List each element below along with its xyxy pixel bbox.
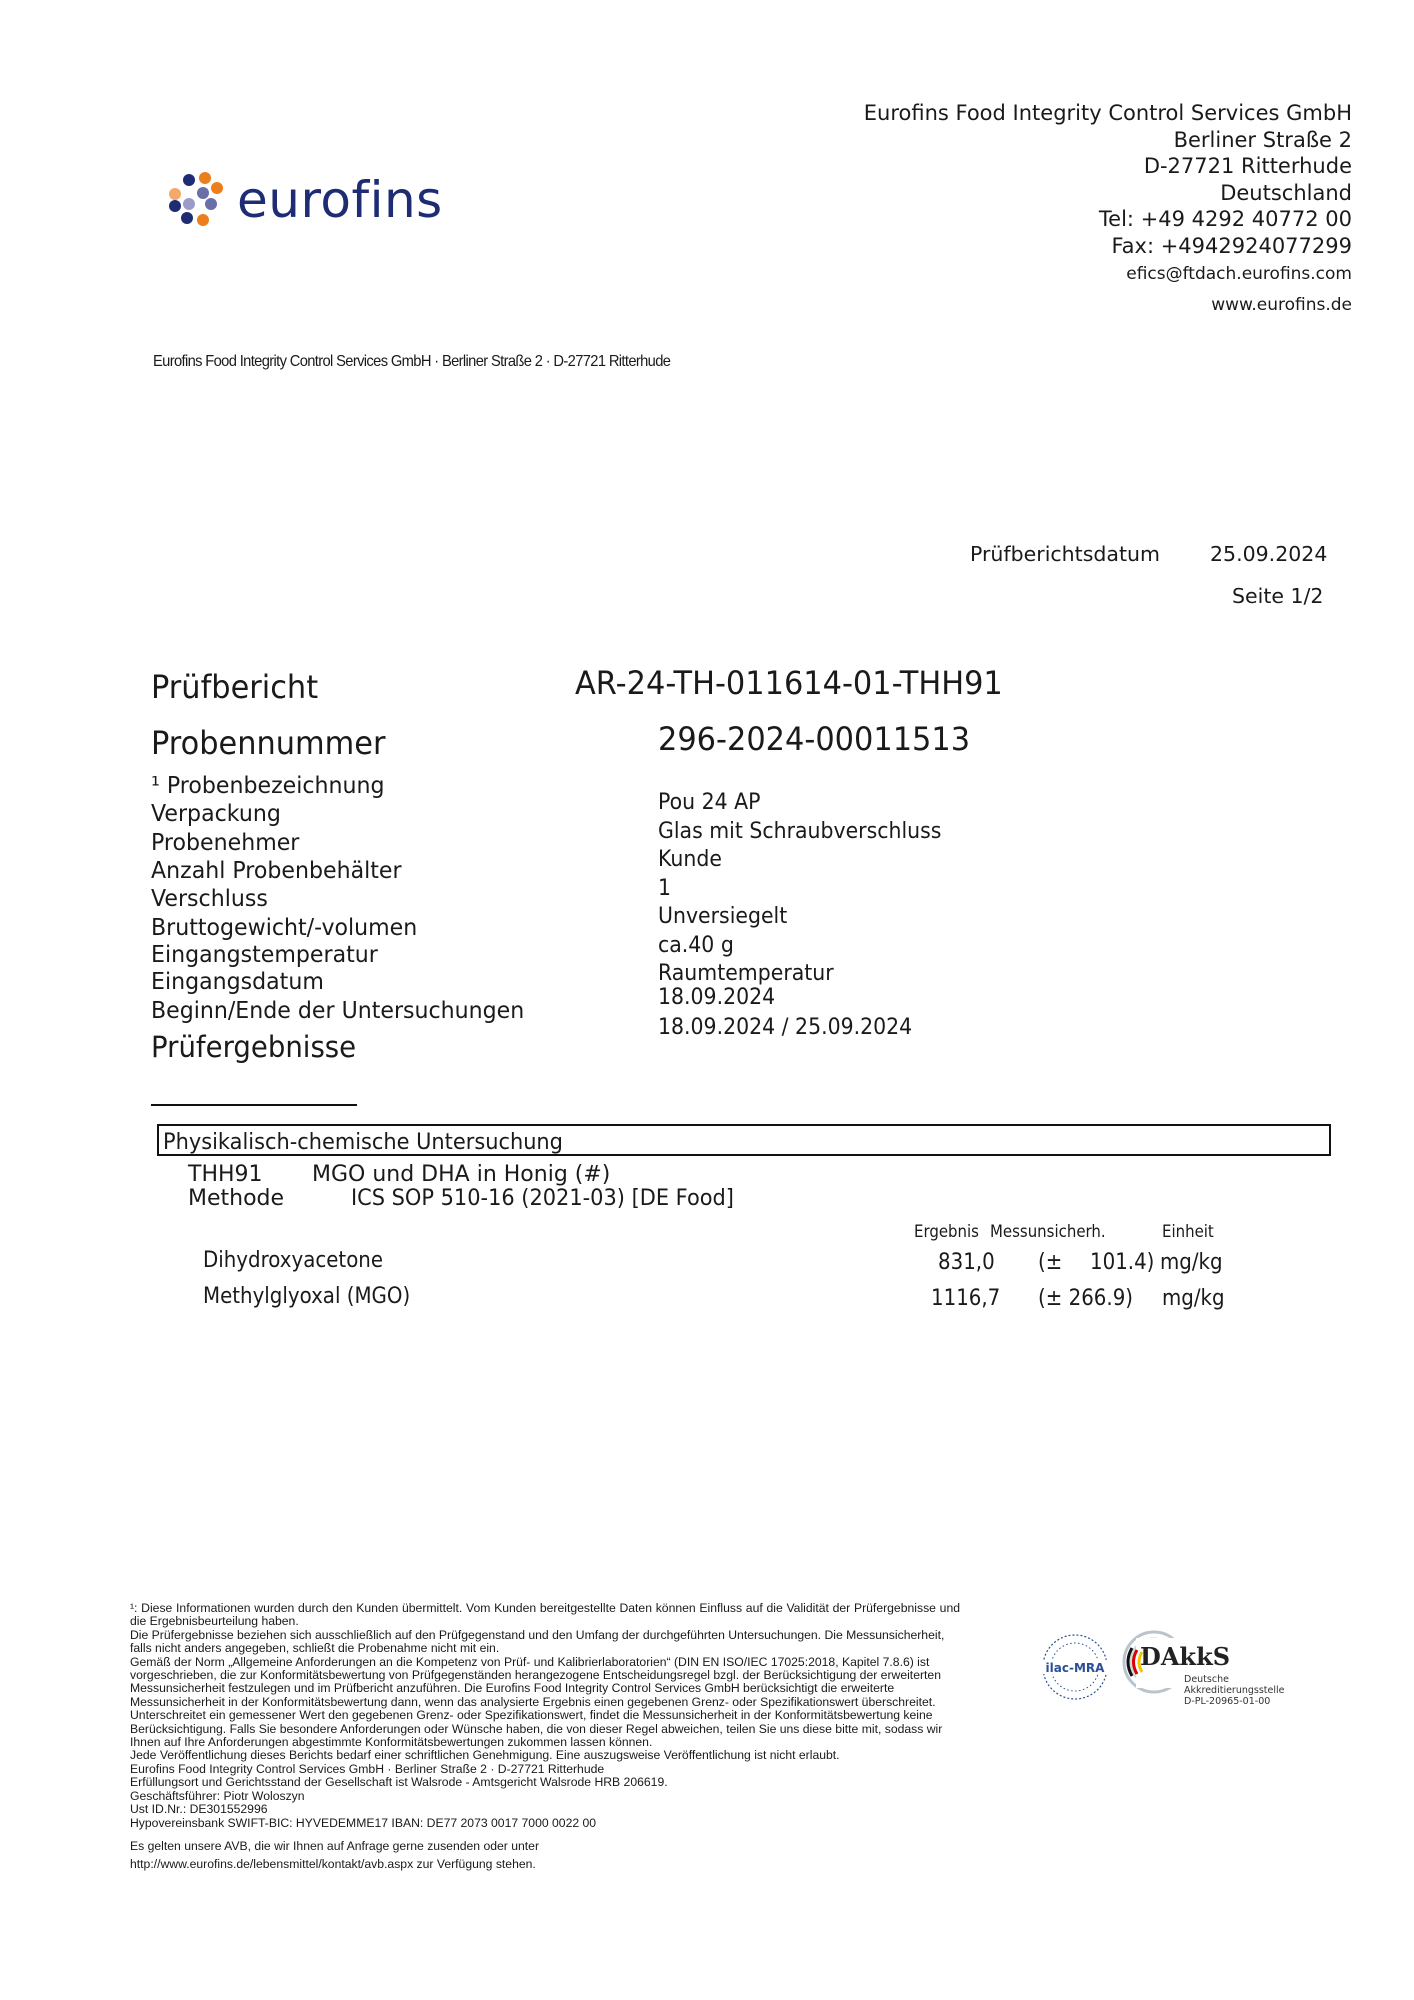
- report-date-value: 25.09.2024: [1210, 542, 1327, 566]
- report-number: AR-24-TH-011614-01-THH91: [575, 664, 1003, 702]
- country: Deutschland: [864, 180, 1352, 207]
- col-header-unit: Einheit: [1162, 1222, 1214, 1242]
- field-label: Anzahl Probenbehälter: [151, 858, 402, 884]
- footnote: ¹: Diese Informationen wurden durch den …: [130, 1602, 960, 1629]
- fax: Fax: +4942924077299: [864, 233, 1352, 260]
- divider: [151, 1104, 357, 1106]
- ilac-mra-icon: ilac-MRA: [1040, 1632, 1110, 1702]
- vat-line: Ust ID.Nr.: DE301552996: [130, 1803, 960, 1816]
- field-label: Verpackung: [151, 801, 281, 827]
- eurofins-logo: eurofins: [165, 168, 443, 232]
- scope-note: Die Prüfergebnisse beziehen sich ausschl…: [130, 1629, 960, 1656]
- email-link[interactable]: efics@ftdach.eurofins.com: [864, 259, 1352, 290]
- field-label: ¹ Probenbezeichnung: [151, 773, 385, 799]
- report-date-label: Prüfberichtsdatum: [970, 542, 1160, 566]
- field-value: Kunde: [658, 847, 722, 872]
- field-value: 18.09.2024 / 25.09.2024: [658, 1015, 912, 1040]
- dakks-id: D-PL-20965-01-00: [1184, 1696, 1285, 1707]
- field-label: Bruttogewicht/-volumen: [151, 915, 417, 941]
- company-address: Eurofins Food Integrity Control Services…: [864, 100, 1352, 321]
- field-value: ca.40 g: [658, 933, 734, 958]
- field-value: 18.09.2024: [658, 985, 775, 1010]
- norm-note: Gemäß der Norm „Allgemeine Anforderungen…: [130, 1656, 960, 1750]
- col-header-result: Ergebnis: [914, 1222, 979, 1242]
- parameter-code: THH91: [188, 1162, 263, 1187]
- dakks-line: Deutsche: [1184, 1674, 1285, 1685]
- dakks-caption: Deutsche Akkreditierungsstelle D-PL-2096…: [1184, 1674, 1285, 1707]
- city: D-27721 Ritterhude: [864, 153, 1352, 180]
- field-value: Unversiegelt: [658, 904, 787, 929]
- dakks-line: Akkreditierungsstelle: [1184, 1685, 1285, 1696]
- result-value: 1116,7: [931, 1286, 1000, 1311]
- field-value: 1: [658, 876, 671, 901]
- field-label: Probenehmer: [151, 830, 299, 856]
- bank-line: Hypovereinsbank SWIFT-BIC: HYVEDEMME17 I…: [130, 1817, 960, 1830]
- street: Berliner Straße 2: [864, 127, 1352, 154]
- section-header: Physikalisch-chemische Untersuchung: [157, 1124, 1331, 1156]
- field-value: Raumtemperatur: [658, 961, 834, 986]
- sender-line: Eurofins Food Integrity Control Services…: [153, 353, 670, 371]
- result-value: 831,0: [938, 1250, 995, 1275]
- unit: mg/kg: [1160, 1250, 1223, 1275]
- section-title: Physikalisch-chemische Untersuchung: [163, 1130, 563, 1155]
- uncertainty-value: 101.4): [1090, 1250, 1154, 1275]
- page-indicator: Seite 1/2: [1232, 584, 1323, 608]
- svg-text:ilac-MRA: ilac-MRA: [1046, 1661, 1106, 1675]
- avb-line: Es gelten unsere AVB, die wir Ihnen auf …: [130, 1837, 960, 1855]
- method-label: Methode: [188, 1186, 284, 1211]
- field-label: Beginn/Ende der Untersuchungen: [151, 998, 524, 1024]
- sample-number-label: Probennummer: [151, 724, 385, 762]
- publication-note: Jede Veröffentlichung dieses Berichts be…: [130, 1749, 960, 1762]
- method-value: ICS SOP 510-16 (2021-03) [DE Food]: [351, 1186, 734, 1211]
- analyte-name: Dihydroxyacetone: [203, 1248, 383, 1273]
- website-link[interactable]: www.eurofins.de: [864, 290, 1352, 321]
- logo-wordmark: eurofins: [237, 175, 443, 225]
- field-value: Glas mit Schraubverschluss: [658, 819, 941, 844]
- dakks-wordmark: DAkkS: [1140, 1642, 1230, 1671]
- analyte-name: Methylglyoxal (MGO): [203, 1284, 410, 1309]
- legal-notice: ¹: Diese Informationen wurden durch den …: [130, 1602, 960, 1873]
- court-line: Erfüllungsort und Gerichtsstand der Gese…: [130, 1776, 960, 1789]
- report-title-label: Prüfbericht: [151, 668, 318, 706]
- uncertainty-open: (±: [1038, 1250, 1062, 1275]
- accreditation-logos: ilac-MRA DAkkS Deutsche Akkreditierungss…: [1040, 1628, 1310, 1708]
- field-label: Eingangsdatum: [151, 969, 324, 995]
- parameter-name: MGO und DHA in Honig (#): [312, 1162, 610, 1187]
- field-label: Verschluss: [151, 886, 268, 912]
- company-name: Eurofins Food Integrity Control Services…: [864, 100, 1352, 127]
- company-line: Eurofins Food Integrity Control Services…: [130, 1763, 960, 1776]
- phone: Tel: +49 4292 40772 00: [864, 206, 1352, 233]
- field-label: Eingangstemperatur: [151, 942, 378, 968]
- uncertainty-value: (± 266.9): [1038, 1286, 1133, 1311]
- eurofins-dots-icon: [165, 168, 229, 232]
- sample-number: 296-2024-00011513: [658, 720, 970, 758]
- ceo-line: Geschäftsführer: Piotr Woloszyn: [130, 1790, 960, 1803]
- avb-link[interactable]: http://www.eurofins.de/lebensmittel/kont…: [130, 1855, 960, 1873]
- col-header-uncertainty: Messunsicherh.: [990, 1222, 1106, 1242]
- results-heading: Prüfergebnisse: [151, 1030, 356, 1064]
- unit: mg/kg: [1162, 1286, 1225, 1311]
- field-value: Pou 24 AP: [658, 790, 760, 815]
